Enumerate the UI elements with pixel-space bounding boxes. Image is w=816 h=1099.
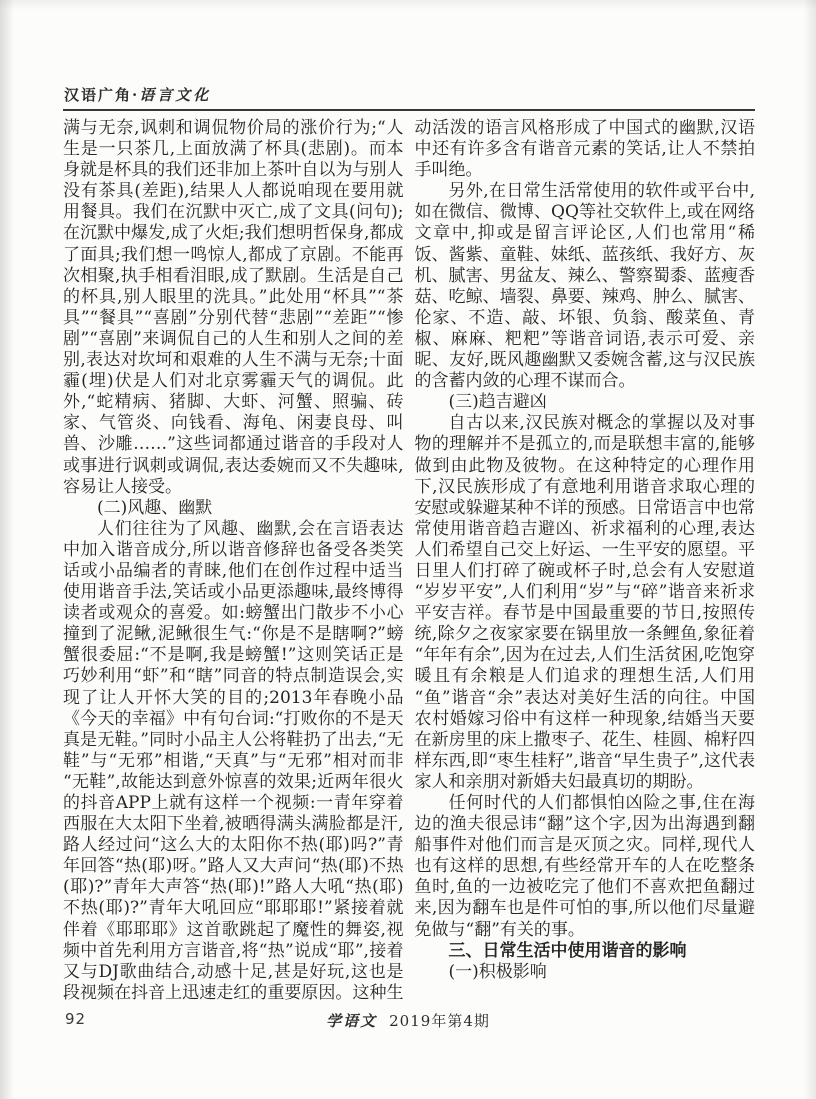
column-section-title: 汉语广角	[64, 86, 132, 104]
scan-edge-shadow-top	[0, 0, 816, 10]
journal-name: 学语文	[326, 1012, 377, 1030]
scan-edge-shadow-left	[0, 0, 14, 1099]
paragraph-internet-words: 另外,在日常生活常使用的软件或平台中,如在微信、微博、QQ等社交软件上,或在网络…	[415, 181, 756, 392]
paragraph-satire-continued: 满与无奈,讽刺和调侃物价局的涨价行为;“人生是一只茶几,上面放满了杯具(悲剧)。…	[63, 118, 404, 498]
subheading-positive-influence: (一)积极影响	[415, 962, 756, 983]
page-header: 汉语广角·语言文化	[64, 84, 211, 105]
article-body: 满与无奈,讽刺和调侃物价局的涨价行为;“人生是一只茶几,上面放满了杯具(悲剧)。…	[63, 118, 755, 1008]
column-subsection-title: 语言文化	[139, 86, 211, 104]
footer-journal-line: 学语文2019年第4期	[0, 1010, 816, 1031]
paragraph-auspicious-customs: 自古以来,汉民族对概念的掌握以及对事物的理解并不是孤立的,而是联想丰富的,能够做…	[415, 413, 756, 793]
document-page: 汉语广角·语言文化 满与无奈,讽刺和调侃物价局的涨价行为;“人生是一只茶几,上面…	[0, 0, 816, 1099]
subheading-humor: (二)风趣、幽默	[63, 498, 404, 519]
section-heading-influence: 三、日常生活中使用谐音的影响	[415, 941, 756, 962]
issue-label: 2019年第4期	[389, 1012, 490, 1030]
scan-edge-shadow-right	[804, 0, 816, 1099]
subheading-auspicious: (三)趋吉避凶	[415, 392, 756, 413]
paragraph-taboo-words: 任何时代的人们都惧怕凶险之事,住在海边的渔夫很忌讳“翻”这个字,因为出海遇到翻船…	[415, 793, 756, 941]
header-divider-line	[63, 109, 755, 111]
